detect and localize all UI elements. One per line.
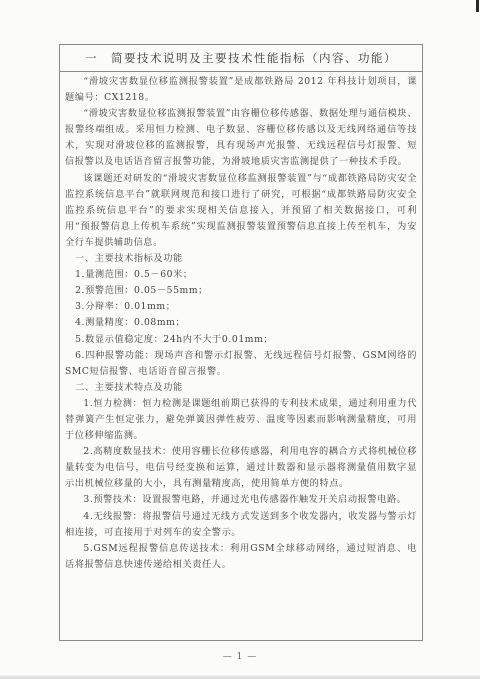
- feature-item-warning: 3.预警技术：设置报警电路，并通过光电传感器作触发开关启动报警电路。: [65, 492, 417, 508]
- content-frame: 一 简要技术说明及主要技术性能指标（内容、功能） “滑坡灾害数显位移监测报警装置…: [59, 44, 423, 641]
- section1-heading: 一、主要技术指标及功能: [65, 251, 417, 267]
- frame-body: “滑坡灾害数显位移监测报警装置”是成都铁路局 2012 年科技计划项目，课题编号…: [60, 72, 422, 573]
- paragraph-device-description: “滑坡灾害数显位移监测报警装置”由容栅位移传感器、数据处理与通信模块、报警终端组…: [65, 106, 417, 170]
- spec-item-resolution: 3.分辩率：0.01mm；: [65, 299, 417, 315]
- scan-bottom-shadow: [0, 675, 480, 679]
- spec-item-range: 1.量测范围：0.5－60米；: [65, 267, 417, 283]
- paragraph-project-intro: “滑坡灾害数显位移监测报警装置”是成都铁路局 2012 年科技计划项目，课题编号…: [65, 74, 417, 106]
- section2-heading: 二、主要技术特点及功能: [65, 380, 417, 396]
- feature-item-constant-force: 1.恒力检测：恒力检测是课题组前期已获得的专利技术成果，通过利用重力代替弹簧产生…: [65, 396, 417, 444]
- paragraph-platform-integration: 该课题还对研发的“滑坡灾害数显位移监测报警装置”与“成都铁路局防灾安全监控系统信…: [65, 171, 417, 251]
- feature-item-gsm-alarm: 5.GSM远程报警信息传送技术：利用GSM全球移动网络，通过短消息、电话将报警信…: [65, 541, 417, 573]
- feature-item-digital-display: 2.高精度数显技术：使用容栅长位移传感器，利用电容的耦合方式将机械位移量转变为电…: [65, 444, 417, 492]
- page-number: — 1 —: [0, 652, 480, 662]
- spec-item-alarm-functions: 6.四种报警功能：现场声音和警示灯报警、无线远程信号灯报警、GSM网络的SMC短…: [65, 348, 417, 380]
- spec-item-accuracy: 4.测量精度：0.08mm；: [65, 315, 417, 331]
- spec-item-warning-range: 2.预警范围：0.05－55mm；: [65, 283, 417, 299]
- feature-item-wireless-alarm: 4.无线报警：将报警信号通过无线方式发送到多个收发器内，收发器与警示灯相连接，可…: [65, 509, 417, 541]
- scan-artifact-mark: [476, 0, 479, 12]
- spec-item-stability: 5.数显示值稳定度：24h内不大于0.01mm；: [65, 332, 417, 348]
- section-title: 一 简要技术说明及主要技术性能指标（内容、功能）: [60, 45, 422, 72]
